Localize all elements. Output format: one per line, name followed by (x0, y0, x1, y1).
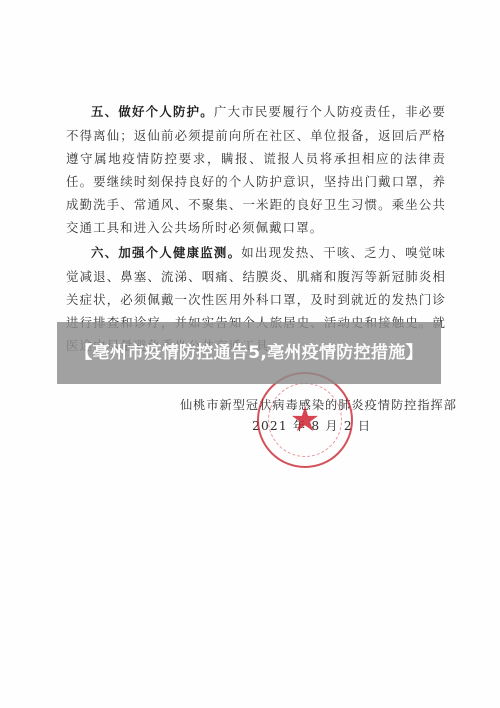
section-5-body: 广大市民要履行个人防疫责任，非必要不得离仙；返仙前必须提前向所在社区、单位报备，… (66, 104, 446, 235)
official-seal: ★ (257, 372, 353, 468)
title-overlay-banner: 【亳州市疫情防控通告5,亳州疫情防控措施】 (57, 322, 441, 384)
overlay-title: 【亳州市疫情防控通告5,亳州疫情防控措施】 (75, 341, 423, 366)
document-page: 五、做好个人防护。广大市民要履行个人防疫责任，非必要不得离仙；返仙前必须提前向所… (0, 0, 500, 708)
section-6-heading: 六、加强个人健康监测。 (91, 245, 241, 260)
section-5-heading: 五、做好个人防护。 (91, 104, 214, 119)
section-5-paragraph: 五、做好个人防护。广大市民要履行个人防疫责任，非必要不得离仙；返仙前必须提前向所… (66, 100, 446, 239)
star-icon: ★ (290, 403, 320, 437)
